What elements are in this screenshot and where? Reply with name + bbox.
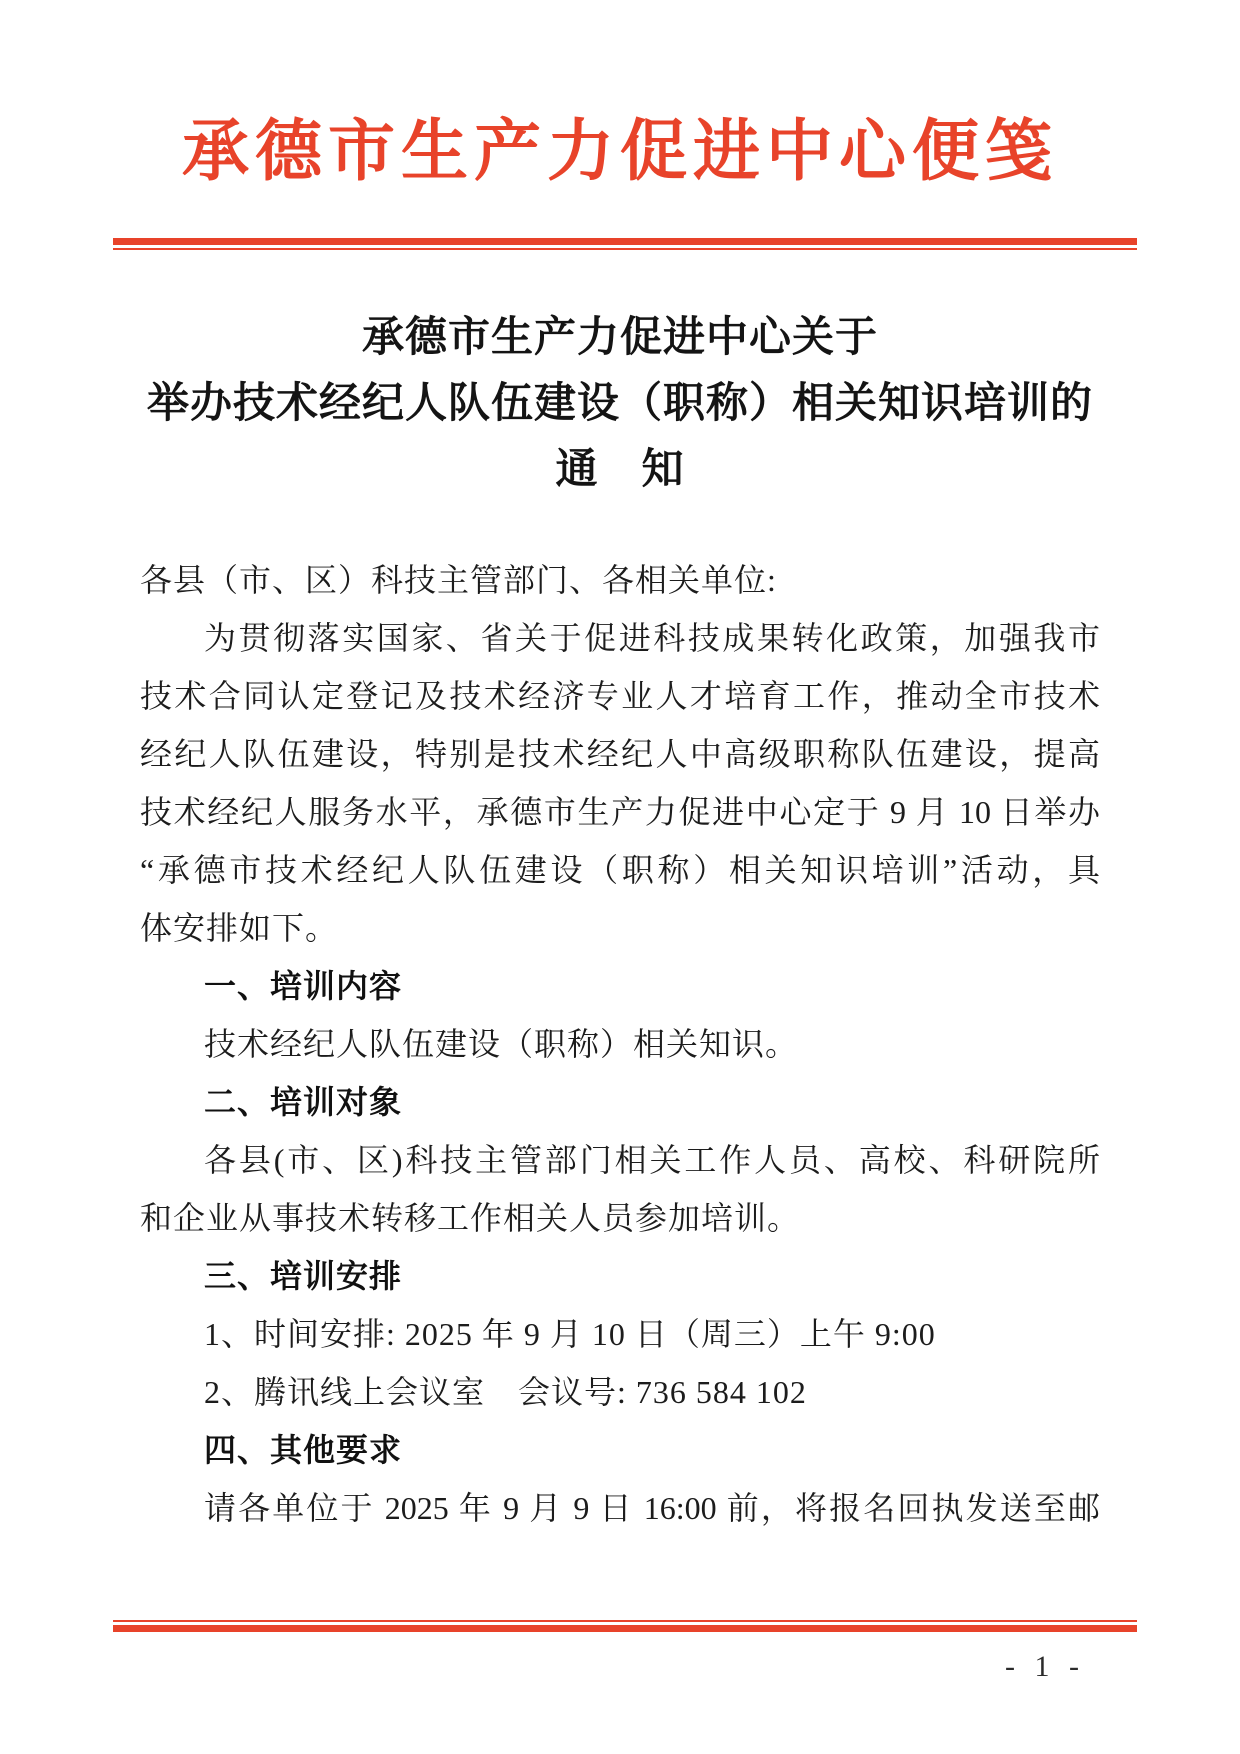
body-line: 各县(市、区)科技主管部门相关工作人员、高校、科研院所	[140, 1131, 1100, 1189]
letterhead-divider	[113, 238, 1137, 250]
section-heading: 三、培训安排	[140, 1247, 1100, 1305]
section-heading: 四、其他要求	[140, 1421, 1100, 1479]
document-title-line-2: 举办技术经纪人队伍建设（职称）相关知识培训的	[140, 371, 1100, 437]
document-title: 承德市生产力促进中心关于 举办技术经纪人队伍建设（职称）相关知识培训的 通 知	[140, 305, 1100, 503]
body-line: 技术经纪人队伍建设（职称）相关知识。	[140, 1015, 1100, 1073]
document-page: 承德市生产力促进中心便笺 承德市生产力促进中心关于 举办技术经纪人队伍建设（职称…	[0, 0, 1240, 1754]
body-line: 技术经纪人服务水平，承德市生产力促进中心定于 9 月 10 日举办	[140, 783, 1100, 841]
section-heading: 二、培训对象	[140, 1073, 1100, 1131]
section-heading: 一、培训内容	[140, 957, 1100, 1015]
body-line: 为贯彻落实国家、省关于促进科技成果转化政策，加强我市	[140, 609, 1100, 667]
body-line: 各县（市、区）科技主管部门、各相关单位:	[140, 551, 1100, 609]
body-line: “承德市技术经纪人队伍建设（职称）相关知识培训”活动，具	[140, 841, 1100, 899]
footer-divider-thick-line	[113, 1625, 1137, 1632]
letterhead-divider-thick-line	[113, 238, 1137, 245]
body-line: 2、腾讯线上会议室 会议号: 736 584 102	[140, 1363, 1100, 1421]
body-line: 技术合同认定登记及技术经济专业人才培育工作，推动全市技术	[140, 667, 1100, 725]
body-line: 和企业从事技术转移工作相关人员参加培训。	[140, 1189, 1100, 1247]
document-title-line-1: 承德市生产力促进中心关于	[140, 305, 1100, 371]
footer-divider	[113, 1620, 1137, 1632]
footer-divider-thin-line	[113, 1620, 1137, 1622]
letterhead-title: 承德市生产力促进中心便笺	[0, 98, 1240, 194]
body-lines: 各县（市、区）科技主管部门、各相关单位:为贯彻落实国家、省关于促进科技成果转化政…	[140, 551, 1100, 1537]
document-title-line-3: 通 知	[140, 437, 1100, 503]
letterhead-divider-thin-line	[113, 248, 1137, 250]
page-number: - 1 -	[1005, 1650, 1085, 1684]
body-line: 体安排如下。	[140, 899, 1100, 957]
body-line: 请各单位于 2025 年 9 月 9 日 16:00 前，将报名回执发送至邮	[140, 1479, 1100, 1537]
body-line: 1、时间安排: 2025 年 9 月 10 日（周三）上午 9:00	[140, 1305, 1100, 1363]
body-line: 经纪人队伍建设，特别是技术经纪人中高级职称队伍建设，提高	[140, 725, 1100, 783]
